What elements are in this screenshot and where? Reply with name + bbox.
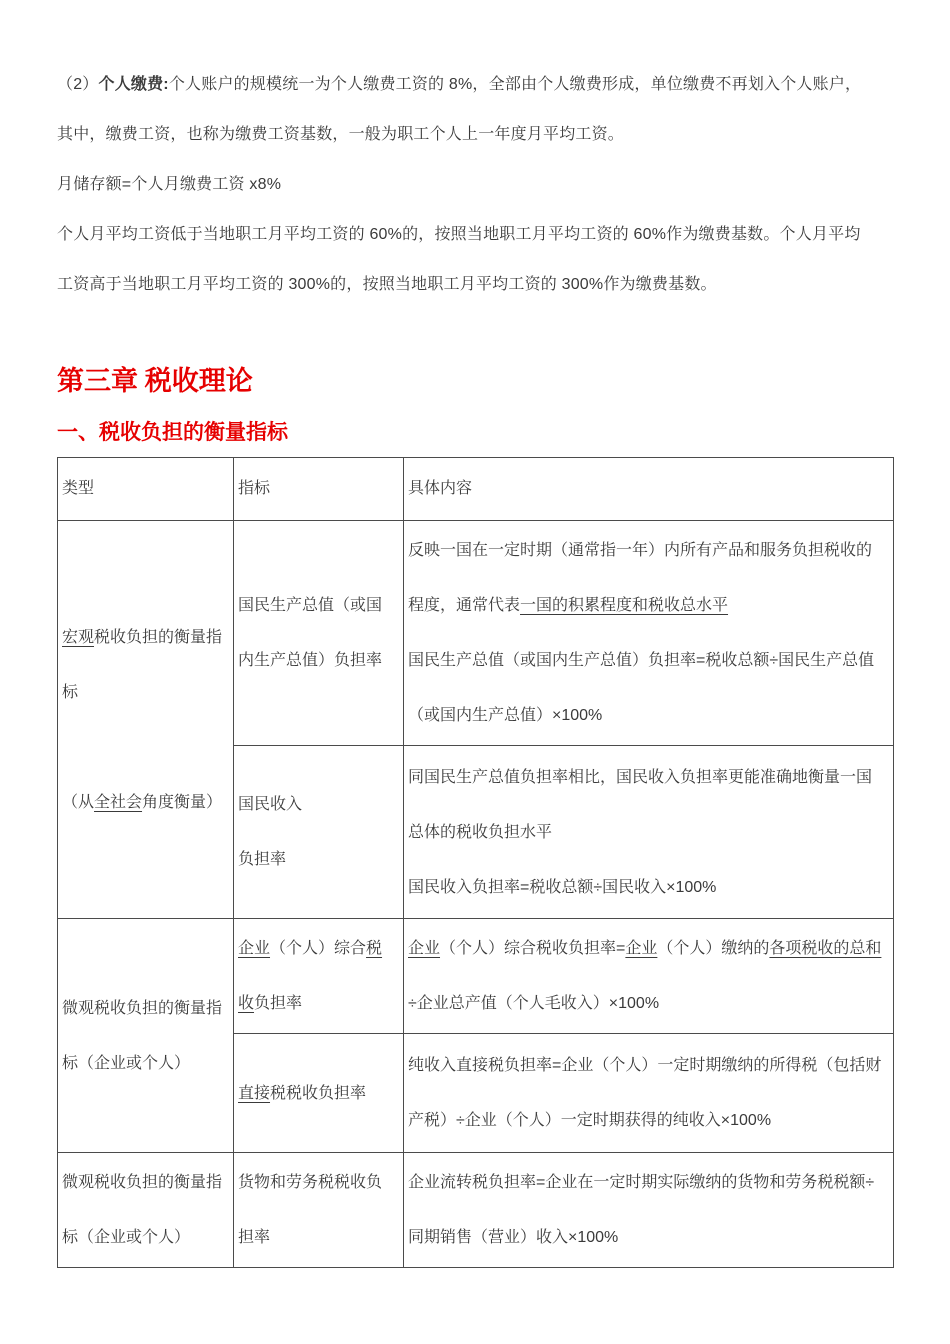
header-cell-detail: 具体内容 bbox=[404, 458, 894, 521]
cell-detail-gnp: 反映一国在一定时期（通常指一年）内所有产品和服务负担税收的程度，通常代表一国的积… bbox=[404, 521, 894, 746]
header-cell-type: 类型 bbox=[58, 458, 234, 521]
gnp-desc-underlined: 一国的积累程度和税收总水平 bbox=[520, 597, 728, 614]
cell-detail-direct-tax: 纯收入直接税负担率=企业（个人）一定时期缴纳的所得税（包括财产税）÷企业（个人）… bbox=[404, 1034, 894, 1153]
comp-f-u2: 企业 bbox=[625, 940, 657, 957]
cell-detail-goods-services: 企业流转税负担率=企业在一定时期实际缴纳的货物和劳务税税额÷同期销售（营业）收入… bbox=[404, 1153, 894, 1268]
direct-ind-rest: 税税收负担率 bbox=[270, 1085, 366, 1102]
intro-line-2: 其中，缴费工资，也称为缴费工资基数，一般为职工个人上一年度月平均工资。 bbox=[57, 110, 893, 160]
table-row-goods-services-tax: 微观税收负担的衡量指标（企业或个人） 货物和劳务税税收负担率 企业流转税负担率=… bbox=[58, 1153, 894, 1268]
comp-f-u3: 各项税收的总和 bbox=[769, 940, 881, 957]
ni-formula: 国民收入负担率=税收总额÷国民收入×100% bbox=[408, 860, 885, 915]
comprehensive-formula: 企业（个人）综合税收负担率=企业（个人）缴纳的各项税收的总和÷企业总产值（个人毛… bbox=[408, 921, 885, 1031]
comp-ind-m1: （个人）综合 bbox=[270, 940, 366, 957]
comprehensive-indicator-text: 企业（个人）综合税收负担率 bbox=[238, 921, 395, 1031]
direct-formula: 纯收入直接税负担率=企业（个人）一定时期缴纳的所得税（包括财产税）÷企业（个人）… bbox=[408, 1038, 885, 1148]
ni-description: 同国民生产总值负担率相比，国民收入负担率更能准确地衡量一国总体的税收负担水平 bbox=[408, 750, 885, 860]
intro-line-1: （2）个人缴费:个人账户的规模统一为个人缴费工资的 8%，全部由个人缴费形成，单… bbox=[57, 60, 893, 110]
cell-detail-national-income: 同国民生产总值负担率相比，国民收入负担率更能准确地衡量一国总体的税收负担水平 国… bbox=[404, 746, 894, 919]
cell-type-micro-1: 微观税收负担的衡量指标（企业或个人） bbox=[58, 919, 234, 1153]
cell-detail-comprehensive: 企业（个人）综合税收负担率=企业（个人）缴纳的各项税收的总和÷企业总产值（个人毛… bbox=[404, 919, 894, 1034]
direct-ind-underlined: 直接 bbox=[238, 1085, 270, 1102]
chapter-heading: 第三章 税收理论 bbox=[57, 364, 893, 398]
macro-scope-post: 角度衡量） bbox=[142, 794, 222, 811]
cell-indicator-gnp: 国民生产总值（或国内生产总值）负担率 bbox=[234, 521, 404, 746]
micro1-type-text: 微观税收负担的衡量指标（企业或个人） bbox=[62, 981, 225, 1091]
macro-scope-text: （从全社会角度衡量） bbox=[62, 775, 225, 830]
gnp-description: 反映一国在一定时期（通常指一年）内所有产品和服务负担税收的程度，通常代表一国的积… bbox=[408, 523, 885, 633]
cell-type-micro-2: 微观税收负担的衡量指标（企业或个人） bbox=[58, 1153, 234, 1268]
goods-formula: 企业流转税负担率=企业在一定时期实际缴纳的货物和劳务税税额÷同期销售（营业）收入… bbox=[408, 1155, 885, 1265]
document-page: （2）个人缴费:个人账户的规模统一为个人缴费工资的 8%，全部由个人缴费形成，单… bbox=[0, 0, 950, 1268]
goods-indicator-text: 货物和劳务税税收负担率 bbox=[238, 1155, 395, 1265]
comp-f-rest: ÷企业总产值（个人毛收入）×100% bbox=[408, 995, 659, 1012]
intro-line1-text: 个人账户的规模统一为个人缴费工资的 8%，全部由个人缴费形成，单位缴费不再划入个… bbox=[169, 76, 861, 93]
intro-formula-monthly-deposit: 月储存额=个人月缴费工资 x8% bbox=[57, 160, 893, 210]
macro-type-text: 宏观税收负担的衡量指标 bbox=[62, 610, 225, 720]
table-row-comprehensive: 微观税收负担的衡量指标（企业或个人） 企业（个人）综合税收负担率 企业（个人）综… bbox=[58, 919, 894, 1034]
gnp-formula: 国民生产总值（或国内生产总值）负担率=税收总额÷国民生产总值（或国内生产总值）×… bbox=[408, 633, 885, 743]
table-row-gnp: 宏观税收负担的衡量指标 （从全社会角度衡量） 国民生产总值（或国内生产总值）负担… bbox=[58, 521, 894, 746]
cell-type-macro: 宏观税收负担的衡量指标 （从全社会角度衡量） bbox=[58, 521, 234, 919]
tax-burden-indicator-table: 类型 指标 具体内容 宏观税收负担的衡量指标 （从全社会角度衡量） 国民生产总值… bbox=[57, 457, 894, 1268]
intro-line1-term: 个人缴费: bbox=[99, 76, 169, 93]
comp-ind-u1: 企业 bbox=[238, 940, 270, 957]
cell-indicator-goods-services: 货物和劳务税税收负担率 bbox=[234, 1153, 404, 1268]
section-heading: 一、税收负担的衡量指标 bbox=[57, 418, 893, 446]
comp-ind-rest: 负担率 bbox=[254, 995, 302, 1012]
header-cell-indicator: 指标 bbox=[234, 458, 404, 521]
intro-section: （2）个人缴费:个人账户的规模统一为个人缴费工资的 8%，全部由个人缴费形成，单… bbox=[57, 60, 893, 310]
intro-line1-prefix: （2） bbox=[57, 76, 99, 93]
direct-indicator-text: 直接税税收负担率 bbox=[238, 1066, 395, 1121]
ni-indicator-line2: 负担率 bbox=[238, 832, 395, 887]
macro-type-underlined: 宏观 bbox=[62, 629, 94, 646]
ni-indicator-line1: 国民收入 bbox=[238, 777, 395, 832]
intro-line-5: 工资高于当地职工月平均工资的 300%的，按照当地职工月平均工资的 300%作为… bbox=[57, 260, 893, 310]
intro-line-4: 个人月平均工资低于当地职工月平均工资的 60%的，按照当地职工月平均工资的 60… bbox=[57, 210, 893, 260]
macro-scope-pre: （从 bbox=[62, 794, 94, 811]
macro-scope-underlined: 全社会 bbox=[94, 794, 142, 811]
micro2-type-text: 微观税收负担的衡量指标（企业或个人） bbox=[62, 1155, 225, 1265]
cell-indicator-national-income: 国民收入 负担率 bbox=[234, 746, 404, 919]
cell-indicator-comprehensive: 企业（个人）综合税收负担率 bbox=[234, 919, 404, 1034]
comp-f-m2: （个人）缴纳的 bbox=[657, 940, 769, 957]
gnp-indicator-text: 国民生产总值（或国内生产总值）负担率 bbox=[238, 578, 395, 688]
comp-f-u1: 企业 bbox=[408, 940, 440, 957]
cell-indicator-direct-tax: 直接税税收负担率 bbox=[234, 1034, 404, 1153]
comp-f-m1: （个人）综合税收负担率= bbox=[440, 940, 625, 957]
table-header-row: 类型 指标 具体内容 bbox=[58, 458, 894, 521]
